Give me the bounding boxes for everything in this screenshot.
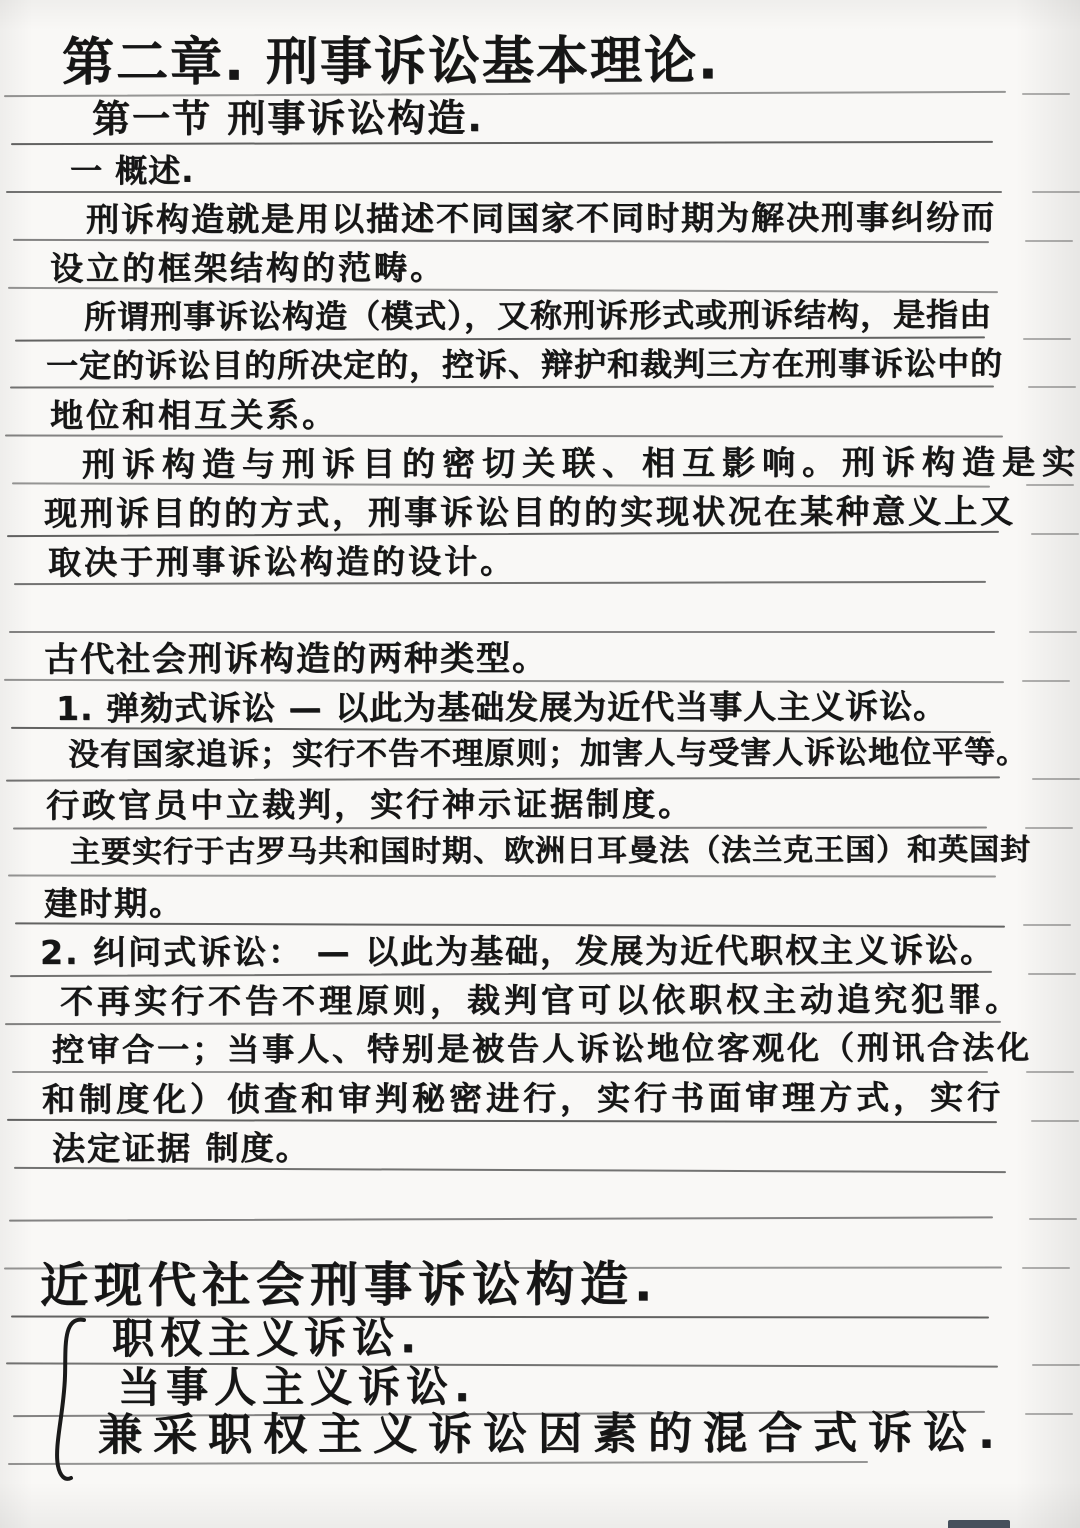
rule-line-dash bbox=[1032, 1364, 1080, 1366]
rule-line bbox=[14, 1167, 1006, 1173]
brace-mark bbox=[44, 1314, 92, 1486]
rule-line-dash bbox=[1022, 93, 1070, 95]
rule-line-dash bbox=[1026, 1071, 1074, 1073]
modern-type-2: 当事人主义诉讼. bbox=[118, 1366, 476, 1409]
heading-ancient-types: 古代社会刑诉构造的两种类型。 bbox=[44, 642, 548, 677]
note-line: 不再实行不告不理原则，裁判官可以依职权主动追究犯罪。 bbox=[60, 982, 1022, 1018]
rule-line bbox=[5, 434, 1003, 437]
rule-line bbox=[8, 874, 996, 877]
note-line: 主要实行于古罗马共和国时期、欧洲日耳曼法（法兰克王国）和英国封 bbox=[70, 835, 1031, 868]
note-line: 没有国家追诉；实行不告不理原则；加害人与受害人诉讼地位平等。 bbox=[68, 737, 1028, 771]
list-item: 2. 纠问式诉讼： — 以此为基础，发展为近代职权主义诉讼。 bbox=[40, 934, 995, 970]
note-line: 设立的框架结构的范畴。 bbox=[50, 251, 446, 285]
rule-line-dash bbox=[1032, 191, 1080, 193]
rule-line-dash bbox=[1025, 827, 1073, 829]
rule-line bbox=[15, 922, 1005, 927]
modern-type-1: 职权主义诉讼. bbox=[112, 1317, 422, 1360]
note-line: 建时期。 bbox=[44, 887, 184, 920]
rule-line bbox=[11, 141, 993, 145]
rule-line bbox=[9, 631, 995, 633]
rule-line bbox=[13, 826, 987, 829]
section-title: 第一节 刑事诉讼构造. bbox=[92, 99, 484, 138]
note-line: 和制度化）侦查和审判秘密进行，实行书面审理方式，实行 bbox=[42, 1080, 1004, 1116]
rule-line bbox=[12, 1071, 988, 1073]
note-line: 刑诉构造与刑诉目的密切关联、相互影响。刑诉构造是实 bbox=[82, 445, 1080, 481]
note-line: 取决于刑事诉讼构造的设计。 bbox=[48, 545, 516, 579]
rule-line-dash bbox=[1026, 484, 1074, 486]
note-line: 一定的诉讼目的所决定的，控诉、辩护和裁判三方在刑事诉讼中的 bbox=[46, 347, 1003, 382]
note-line: 所谓刑事诉讼构造（模式），又称刑诉形式或刑诉结构，是指由 bbox=[84, 299, 992, 333]
rule-line-dash bbox=[1031, 1120, 1079, 1122]
rule-line-dash bbox=[1029, 1218, 1077, 1220]
rule-line-dash bbox=[1023, 338, 1071, 340]
rule-line bbox=[6, 776, 1000, 781]
rule-line bbox=[13, 239, 989, 243]
rule-line-dash bbox=[1022, 1267, 1070, 1269]
rule-line-dash bbox=[1028, 973, 1076, 975]
rule-line-dash bbox=[1032, 778, 1080, 780]
chapter-title: 第二章. 刑事诉讼基本理论. bbox=[62, 35, 720, 89]
rule-line bbox=[8, 1461, 868, 1465]
modern-type-3: 兼采职权主义诉讼因素的混合式诉讼. bbox=[98, 1412, 1006, 1458]
rule-line bbox=[8, 287, 998, 293]
rule-line bbox=[6, 191, 1002, 193]
notebook-page: 第二章. 刑事诉讼基本理论. 第一节 刑事诉讼构造. 一 概述. 刑诉构造就是用… bbox=[0, 0, 1080, 1528]
list-item: 1. 弹劾式诉讼 — 以此为基础发展为近代当事人主义诉讼。 bbox=[56, 690, 947, 725]
rule-line-dash bbox=[1022, 680, 1070, 682]
rule-line-dash bbox=[1028, 386, 1076, 388]
note-line: 行政官员中立裁判，实行神示证据制度。 bbox=[46, 787, 694, 822]
heading-modern: 近现代社会刑事诉讼构造. bbox=[40, 1260, 658, 1310]
rule-line bbox=[5, 1021, 1001, 1025]
rule-line-dash bbox=[1031, 533, 1079, 535]
rule-line-dash bbox=[1029, 631, 1077, 633]
rule-line bbox=[9, 1216, 993, 1221]
note-line: 刑诉构造就是用以描述不同国家不同时期为解决刑事纠纷而 bbox=[86, 201, 996, 236]
rule-line bbox=[15, 336, 985, 341]
note-line: 现刑诉目的的方式，刑事诉讼目的的实现状况在某种意义上又 bbox=[44, 494, 1016, 530]
rule-line-dash bbox=[1023, 924, 1071, 926]
rule-line bbox=[10, 385, 994, 388]
rule-line bbox=[11, 727, 991, 733]
note-line: 法定证据 制度。 bbox=[52, 1131, 311, 1165]
rule-line-dash bbox=[1025, 240, 1073, 242]
note-line: 控审合一；当事人、特别是被告人诉讼地位客观化（刑讯合法化 bbox=[52, 1031, 1032, 1066]
rule-line-dash bbox=[1025, 1413, 1073, 1415]
rule-line bbox=[10, 971, 992, 977]
note-line: 地位和相互关系。 bbox=[50, 398, 338, 432]
rule-line bbox=[7, 1119, 997, 1123]
corner-mark bbox=[948, 1520, 1010, 1528]
heading-overview: 一 概述. bbox=[70, 155, 194, 187]
